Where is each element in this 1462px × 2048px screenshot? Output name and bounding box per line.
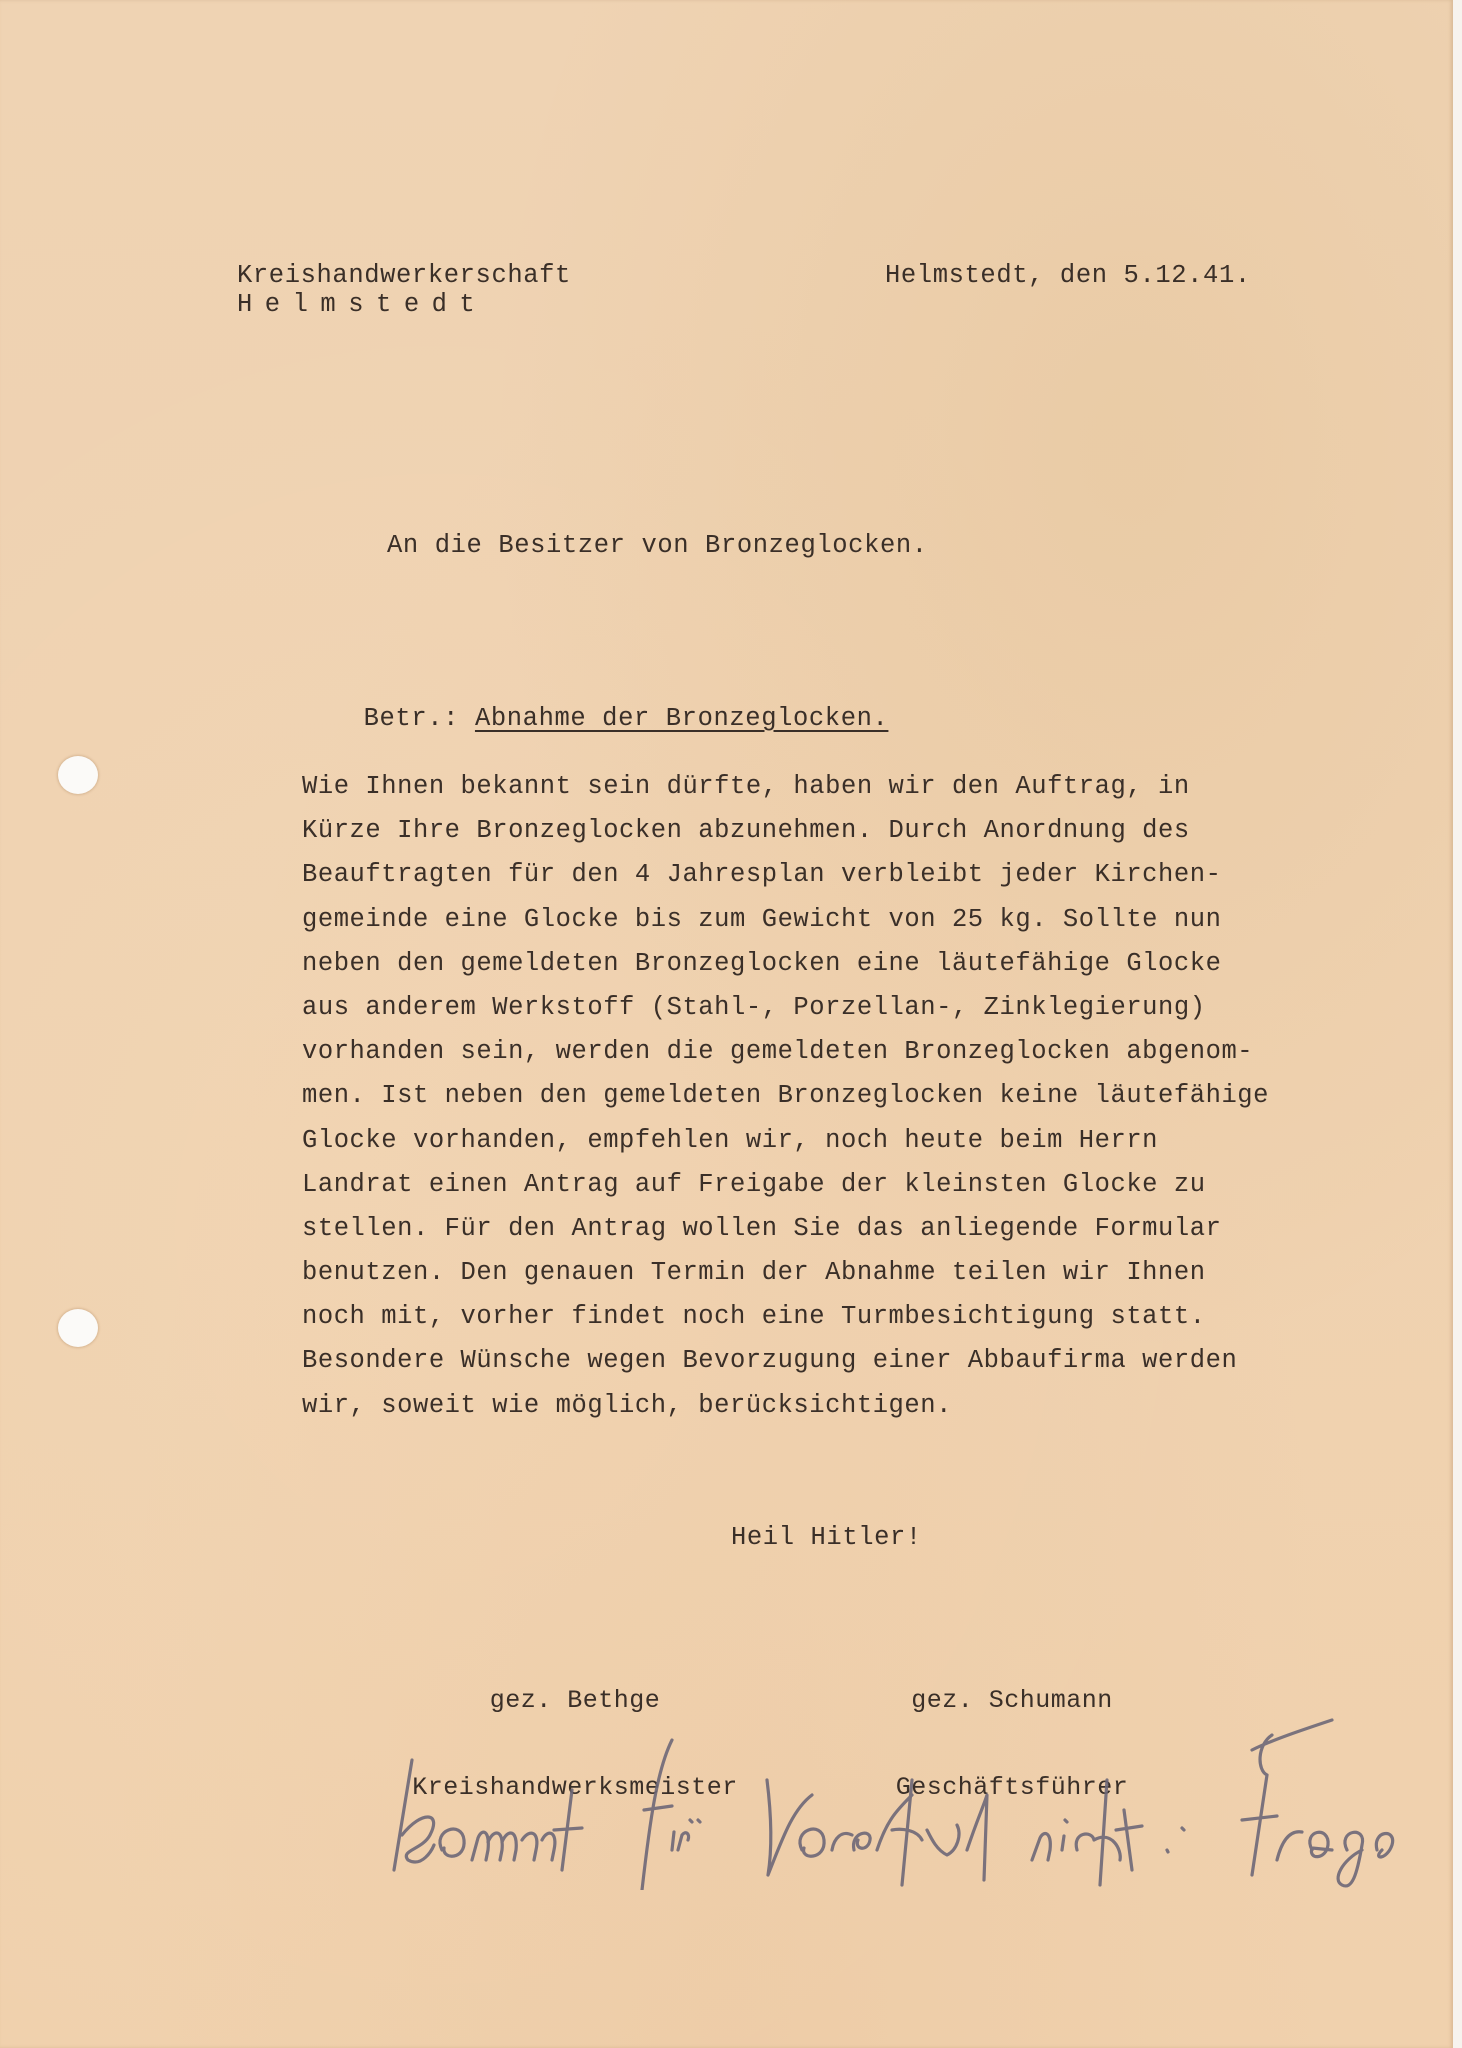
handwriting-strokes-icon (372, 1700, 1402, 1890)
body-line: Besondere Wünsche wegen Bevorzugung eine… (302, 1339, 1269, 1383)
body-line: gemeinde eine Glocke bis zum Gewicht von… (302, 898, 1269, 942)
body-line: Kürze Ihre Bronzeglocken abzunehmen. Dur… (302, 809, 1269, 853)
body-line: men. Ist neben den gemeldeten Bronzegloc… (302, 1074, 1269, 1118)
body-line: stellen. Für den Antrag wollen Sie das a… (302, 1207, 1269, 1251)
body-line: benutzen. Den genauen Termin der Abnahme… (302, 1251, 1269, 1295)
body-line: Wie Ihnen bekannt sein dürfte, haben wir… (302, 765, 1269, 809)
body-line: noch mit, vorher findet noch eine Turmbe… (302, 1295, 1269, 1339)
body-line: neben den gemeldeten Bronzeglocken eine … (302, 942, 1269, 986)
sender-city: Helmstedt (237, 292, 487, 318)
closing-salutation: Heil Hitler! (731, 1525, 922, 1551)
body-line: Landrat einen Antrag auf Freigabe der kl… (302, 1163, 1269, 1207)
handwritten-pencil-note: kommt für Vorsfelde nicht i. Frage (372, 1700, 1402, 1890)
punch-hole-lower (58, 1309, 98, 1347)
place-and-date: Helmstedt, den 5.12.41. (885, 263, 1251, 289)
letter-body: Wie Ihnen bekannt sein dürfte, haben wir… (302, 765, 1269, 1428)
letter-page: Kreishandwerkerschaft Helmstedt Helmsted… (0, 0, 1453, 2048)
body-line: vorhanden sein, werden die gemeldeten Br… (302, 1030, 1269, 1074)
sender-organization: Kreishandwerkerschaft (237, 263, 571, 289)
punch-hole-upper (58, 756, 98, 794)
body-line: Beauftragten für den 4 Jahresplan verble… (302, 853, 1269, 897)
subject-label: Betr.: (364, 704, 459, 733)
addressee-line: An die Besitzer von Bronzeglocken. (387, 533, 928, 559)
subject-text: Abnahme der Bronzeglocken. (475, 704, 888, 733)
body-line: aus anderem Werkstoff (Stahl-, Porzellan… (302, 986, 1269, 1030)
subject-line: Betr.: Abnahme der Bronzeglocken. (300, 680, 888, 757)
body-line: Glocke vorhanden, empfehlen wir, noch he… (302, 1119, 1269, 1163)
body-line: wir, soweit wie möglich, berücksichtigen… (302, 1384, 1269, 1428)
